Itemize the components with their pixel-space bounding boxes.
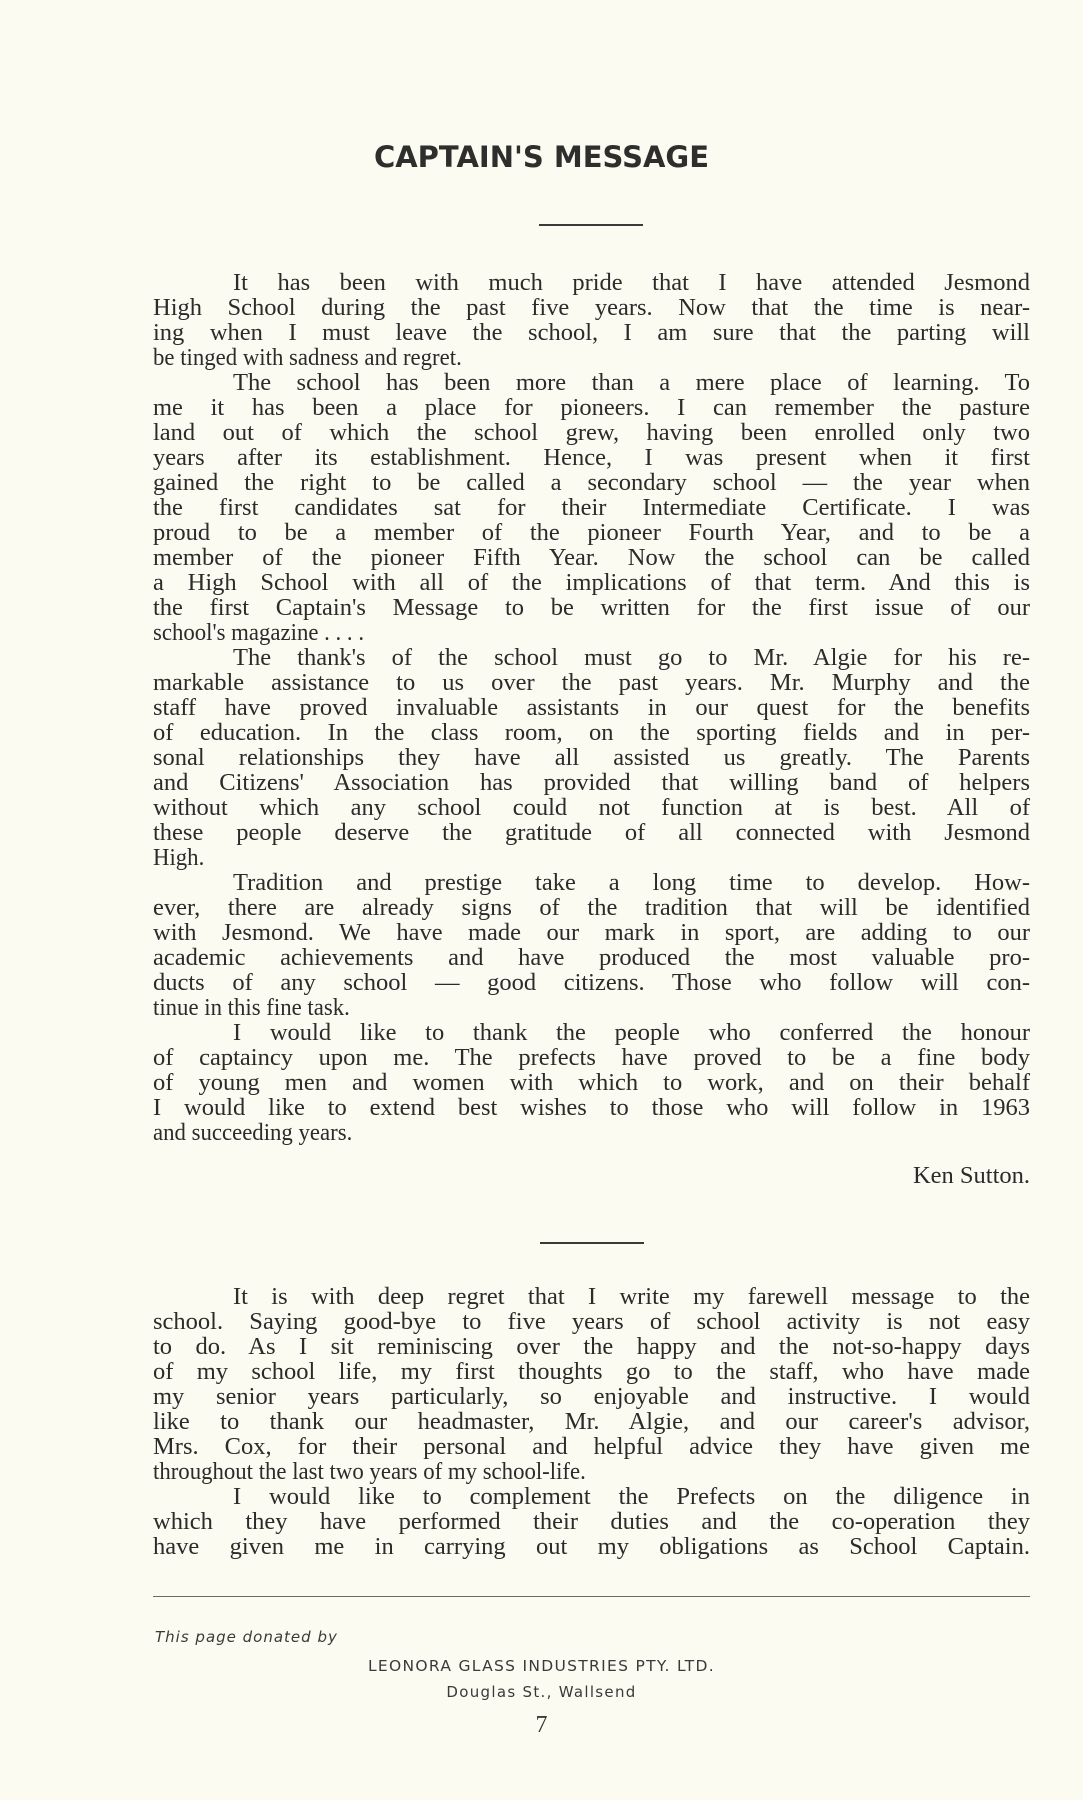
text-line: of education. In the class room, on the … [153,720,1030,745]
text-line: to do. As I sit reminiscing over the hap… [153,1334,1030,1359]
text-line: I would like to thank the people who con… [153,1020,1030,1045]
text-line: High School during the past five years. … [153,295,1030,320]
text-line: like to thank our headmaster, Mr. Algie,… [153,1409,1030,1434]
sponsor-address: Douglas St., Wallsend [0,1683,1083,1701]
text-line: The school has been more than a mere pla… [153,370,1030,395]
section-divider [540,1242,644,1244]
text-line: years after its establishment. Hence, I … [153,445,1030,470]
text-line: of captaincy upon me. The prefects have … [153,1045,1030,1070]
text-line: of young men and women with which to wor… [153,1070,1030,1095]
text-line: The thank's of the school must go to Mr.… [153,645,1030,670]
text-line: ever, there are already signs of the tra… [153,895,1030,920]
text-line: tinue in this fine task. [153,995,1030,1020]
donated-by-label: This page donated by [155,1628,338,1646]
text-line: I would like to extend best wishes to th… [153,1095,1030,1120]
farewell-message-body: It is with deep regret that I write my f… [153,1284,1030,1559]
text-line: with Jesmond. We have made our mark in s… [153,920,1030,945]
text-line: staff have proved invaluable assistants … [153,695,1030,720]
text-line: land out of which the school grew, havin… [153,420,1030,445]
text-line: sonal relationships they have all assist… [153,745,1030,770]
text-line: the first candidates sat for their Inter… [153,495,1030,520]
text-line: and Citizens' Association has provided t… [153,770,1030,795]
sponsor-company: LEONORA GLASS INDUSTRIES PTY. LTD. [0,1657,1083,1675]
text-line: be tinged with sadness and regret. [153,345,1030,370]
text-line: Mrs. Cox, for their personal and helpful… [153,1434,1030,1459]
text-line: without which any school could not funct… [153,795,1030,820]
text-line: It has been with much pride that I have … [153,270,1030,295]
text-line: these people deserve the gratitude of al… [153,820,1030,845]
signature: Ken Sutton. [913,1162,1030,1190]
text-line: Tradition and prestige take a long time … [153,870,1030,895]
footer-rule [153,1596,1030,1597]
text-line: proud to be a member of the pioneer Four… [153,520,1030,545]
page-title: CAPTAIN'S MESSAGE [0,140,1083,174]
text-line: It is with deep regret that I write my f… [153,1284,1030,1309]
text-line: I would like to complement the Prefects … [153,1484,1030,1509]
captains-message-body: It has been with much pride that I have … [153,270,1030,1145]
text-line: a High School with all of the implicatio… [153,570,1030,595]
text-line: have given me in carrying out my obligat… [153,1534,1030,1559]
text-line: High. [153,845,1030,870]
text-line: school's magazine . . . . [153,620,1030,645]
page-number: 7 [0,1712,1083,1739]
text-line: member of the pioneer Fifth Year. Now th… [153,545,1030,570]
text-line: throughout the last two years of my scho… [153,1459,1030,1484]
text-line: my senior years particularly, so enjoyab… [153,1384,1030,1409]
text-line: gained the right to be called a secondar… [153,470,1030,495]
text-line: academic achievements and have produced … [153,945,1030,970]
text-line: of my school life, my first thoughts go … [153,1359,1030,1384]
text-line: which they have performed their duties a… [153,1509,1030,1534]
text-line: ing when I must leave the school, I am s… [153,320,1030,345]
title-divider [539,224,643,226]
text-line: ducts of any school — good citizens. Tho… [153,970,1030,995]
text-line: school. Saying good-bye to five years of… [153,1309,1030,1334]
text-line: markable assistance to us over the past … [153,670,1030,695]
text-line: the first Captain's Message to be writte… [153,595,1030,620]
text-line: me it has been a place for pioneers. I c… [153,395,1030,420]
text-line: and succeeding years. [153,1120,1030,1145]
